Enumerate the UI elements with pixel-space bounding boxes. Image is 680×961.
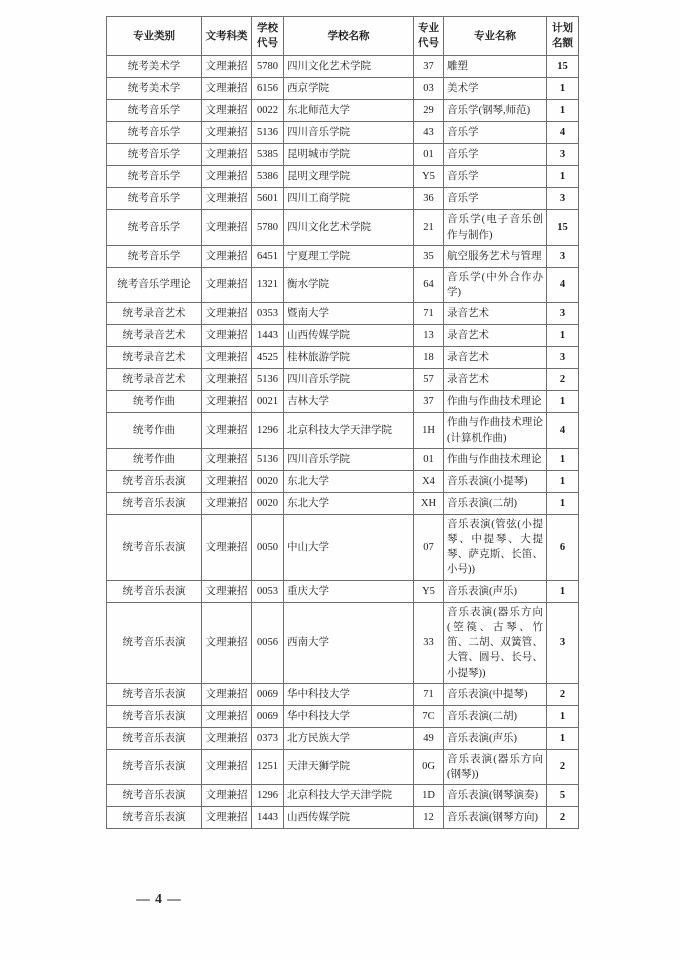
cell-major-category: 统考录音艺术 [107,303,202,325]
cell-major-category: 统考音乐学理论 [107,267,202,302]
cell-major-code: 01 [414,448,444,470]
cell-school-code: 6156 [252,78,284,100]
cell-quota: 1 [547,325,579,347]
cell-major-category: 统考作曲 [107,413,202,448]
cell-exam-subject: 文理兼招 [202,448,252,470]
cell-school-name: 四川音乐学院 [284,369,414,391]
cell-major-name: 音乐学 [444,166,547,188]
cell-major-name: 音乐表演(声乐) [444,727,547,749]
cell-quota: 2 [547,807,579,829]
table-row: 统考美术学文理兼招6156西京学院03美术学1 [107,78,579,100]
cell-quota: 3 [547,602,579,683]
cell-school-name: 四川工商学院 [284,188,414,210]
cell-school-name: 北京科技大学天津学院 [284,413,414,448]
cell-quota: 6 [547,514,579,580]
cell-quota: 1 [547,580,579,602]
table-row: 统考录音艺术文理兼招0353暨南大学71录音艺术3 [107,303,579,325]
cell-exam-subject: 文理兼招 [202,580,252,602]
table-row: 统考音乐表演文理兼招0373北方民族大学49音乐表演(声乐)1 [107,727,579,749]
cell-school-name: 山西传媒学院 [284,807,414,829]
cell-major-category: 统考作曲 [107,448,202,470]
cell-major-code: 36 [414,188,444,210]
cell-school-name: 天津天狮学院 [284,749,414,784]
cell-school-name: 东北大学 [284,492,414,514]
cell-exam-subject: 文理兼招 [202,100,252,122]
cell-major-code: XH [414,492,444,514]
cell-major-code: 07 [414,514,444,580]
table-row: 统考音乐学文理兼招5780四川文化艺术学院21音乐学(电子音乐创作与制作)15 [107,210,579,245]
admission-plan-table: 专业类别 文考科类 学校代号 学校名称 专业代号 专业名称 计划名额 统考美术学… [106,16,579,829]
table-header: 专业类别 文考科类 学校代号 学校名称 专业代号 专业名称 计划名额 [107,17,579,56]
cell-exam-subject: 文理兼招 [202,785,252,807]
cell-school-name: 中山大学 [284,514,414,580]
cell-school-code: 5385 [252,144,284,166]
cell-major-name: 录音艺术 [444,347,547,369]
cell-major-code: 64 [414,267,444,302]
cell-major-name: 音乐表演(中提琴) [444,683,547,705]
cell-school-name: 华中科技大学 [284,705,414,727]
cell-school-name: 暨南大学 [284,303,414,325]
cell-major-name: 录音艺术 [444,325,547,347]
cell-major-name: 音乐表演(二胡) [444,492,547,514]
cell-school-name: 西南大学 [284,602,414,683]
cell-school-code: 5780 [252,210,284,245]
cell-major-name: 作曲与作曲技术理论(计算机作曲) [444,413,547,448]
cell-major-name: 音乐表演(器乐方向(箜篌、古琴、竹笛、二胡、双簧管、大管、圆号、长号、小提琴)) [444,602,547,683]
cell-school-name: 华中科技大学 [284,683,414,705]
cell-major-code: Y5 [414,166,444,188]
cell-exam-subject: 文理兼招 [202,325,252,347]
cell-school-name: 北方民族大学 [284,727,414,749]
cell-school-code: 0056 [252,602,284,683]
cell-major-name: 音乐表演(小提琴) [444,470,547,492]
table-row: 统考音乐表演文理兼招0050中山大学07音乐表演(管弦(小提琴、中提琴、大提琴、… [107,514,579,580]
cell-exam-subject: 文理兼招 [202,391,252,413]
cell-major-name: 音乐表演(二胡) [444,705,547,727]
cell-major-code: 18 [414,347,444,369]
cell-exam-subject: 文理兼招 [202,705,252,727]
cell-school-code: 5386 [252,166,284,188]
cell-quota: 2 [547,683,579,705]
cell-school-code: 1251 [252,749,284,784]
cell-major-category: 统考音乐表演 [107,602,202,683]
cell-school-name: 昆明城市学院 [284,144,414,166]
cell-major-code: 33 [414,602,444,683]
cell-school-name: 吉林大学 [284,391,414,413]
table-body: 统考美术学文理兼招5780四川文化艺术学院37雕塑15统考美术学文理兼招6156… [107,56,579,829]
table-row: 统考音乐表演文理兼招1443山西传媒学院12音乐表演(钢琴方向)2 [107,807,579,829]
cell-school-code: 1443 [252,807,284,829]
cell-major-name: 音乐表演(声乐) [444,580,547,602]
cell-major-code: X4 [414,470,444,492]
cell-quota: 3 [547,144,579,166]
cell-quota: 3 [547,303,579,325]
cell-major-name: 音乐学 [444,144,547,166]
cell-major-name: 作曲与作曲技术理论 [444,448,547,470]
cell-exam-subject: 文理兼招 [202,245,252,267]
cell-school-code: 1296 [252,413,284,448]
cell-quota: 1 [547,78,579,100]
cell-major-category: 统考音乐学 [107,122,202,144]
cell-school-code: 0022 [252,100,284,122]
cell-major-code: 03 [414,78,444,100]
cell-major-code: 7C [414,705,444,727]
cell-exam-subject: 文理兼招 [202,749,252,784]
table-row: 统考作曲文理兼招1296北京科技大学天津学院1H作曲与作曲技术理论(计算机作曲)… [107,413,579,448]
table-row: 统考音乐表演文理兼招1251天津天狮学院0G音乐表演(器乐方向(钢琴))2 [107,749,579,784]
cell-quota: 1 [547,100,579,122]
cell-school-code: 1321 [252,267,284,302]
table-row: 统考录音艺术文理兼招4525桂林旅游学院18录音艺术3 [107,347,579,369]
cell-exam-subject: 文理兼招 [202,210,252,245]
table-row: 统考音乐表演文理兼招0069华中科技大学71音乐表演(中提琴)2 [107,683,579,705]
table-row: 统考音乐学文理兼招5386昆明文理学院Y5音乐学1 [107,166,579,188]
cell-major-code: 1H [414,413,444,448]
cell-exam-subject: 文理兼招 [202,166,252,188]
header-school-name: 学校名称 [284,17,414,56]
cell-major-code: 37 [414,56,444,78]
cell-quota: 5 [547,785,579,807]
cell-school-code: 6451 [252,245,284,267]
table-row: 统考音乐学理论文理兼招1321衡水学院64音乐学(中外合作办学)4 [107,267,579,302]
table-row: 统考音乐学文理兼招6451宁夏理工学院35航空服务艺术与管理3 [107,245,579,267]
cell-major-name: 录音艺术 [444,303,547,325]
table-row: 统考音乐学文理兼招5385昆明城市学院01音乐学3 [107,144,579,166]
cell-major-category: 统考音乐学 [107,188,202,210]
cell-major-category: 统考音乐表演 [107,807,202,829]
cell-major-category: 统考录音艺术 [107,325,202,347]
cell-major-category: 统考音乐表演 [107,492,202,514]
cell-exam-subject: 文理兼招 [202,267,252,302]
cell-school-code: 1443 [252,325,284,347]
cell-major-code: 57 [414,369,444,391]
cell-major-category: 统考音乐表演 [107,727,202,749]
cell-school-name: 西京学院 [284,78,414,100]
cell-major-category: 统考音乐表演 [107,683,202,705]
cell-quota: 4 [547,413,579,448]
cell-quota: 4 [547,267,579,302]
cell-school-name: 东北师范大学 [284,100,414,122]
cell-school-code: 5136 [252,448,284,470]
cell-school-name: 四川文化艺术学院 [284,210,414,245]
table-row: 统考音乐学文理兼招0022东北师范大学29音乐学(钢琴,师范)1 [107,100,579,122]
cell-school-code: 0373 [252,727,284,749]
table-row: 统考作曲文理兼招0021吉林大学37作曲与作曲技术理论1 [107,391,579,413]
cell-quota: 1 [547,492,579,514]
cell-major-name: 音乐表演(器乐方向(钢琴)) [444,749,547,784]
cell-school-code: 0069 [252,683,284,705]
cell-major-category: 统考美术学 [107,78,202,100]
header-major-code: 专业代号 [414,17,444,56]
cell-school-code: 0050 [252,514,284,580]
cell-major-code: Y5 [414,580,444,602]
header-school-code: 学校代号 [252,17,284,56]
table-row: 统考音乐表演文理兼招0053重庆大学Y5音乐表演(声乐)1 [107,580,579,602]
cell-major-code: 12 [414,807,444,829]
cell-major-category: 统考音乐表演 [107,705,202,727]
cell-school-code: 5780 [252,56,284,78]
cell-exam-subject: 文理兼招 [202,470,252,492]
cell-school-code: 0069 [252,705,284,727]
cell-school-name: 北京科技大学天津学院 [284,785,414,807]
table-row: 统考录音艺术文理兼招5136四川音乐学院57录音艺术2 [107,369,579,391]
cell-quota: 15 [547,210,579,245]
cell-major-category: 统考音乐表演 [107,785,202,807]
cell-major-category: 统考音乐表演 [107,514,202,580]
cell-quota: 1 [547,727,579,749]
cell-quota: 4 [547,122,579,144]
cell-major-category: 统考音乐表演 [107,749,202,784]
cell-major-name: 音乐表演(管弦(小提琴、中提琴、大提琴、萨克斯、长笛、小号)) [444,514,547,580]
table-row: 统考音乐表演文理兼招0069华中科技大学7C音乐表演(二胡)1 [107,705,579,727]
cell-exam-subject: 文理兼招 [202,369,252,391]
cell-major-code: 0G [414,749,444,784]
document-page: 专业类别 文考科类 学校代号 学校名称 专业代号 专业名称 计划名额 统考美术学… [0,0,680,961]
cell-major-category: 统考音乐学 [107,245,202,267]
cell-major-category: 统考录音艺术 [107,347,202,369]
cell-major-category: 统考录音艺术 [107,369,202,391]
cell-school-code: 1296 [252,785,284,807]
cell-exam-subject: 文理兼招 [202,144,252,166]
cell-major-category: 统考美术学 [107,56,202,78]
cell-major-name: 音乐学 [444,122,547,144]
table-row: 统考作曲文理兼招5136四川音乐学院01作曲与作曲技术理论1 [107,448,579,470]
cell-school-name: 桂林旅游学院 [284,347,414,369]
cell-major-name: 航空服务艺术与管理 [444,245,547,267]
cell-quota: 1 [547,448,579,470]
cell-major-name: 音乐表演(钢琴方向) [444,807,547,829]
cell-major-category: 统考音乐学 [107,166,202,188]
table-row: 统考音乐表演文理兼招0020东北大学XH音乐表演(二胡)1 [107,492,579,514]
cell-major-name: 音乐学(电子音乐创作与制作) [444,210,547,245]
table-row: 统考音乐表演文理兼招1296北京科技大学天津学院1D音乐表演(钢琴演奏)5 [107,785,579,807]
cell-school-code: 5136 [252,122,284,144]
cell-school-name: 宁夏理工学院 [284,245,414,267]
cell-school-code: 0353 [252,303,284,325]
cell-major-name: 音乐学 [444,188,547,210]
cell-exam-subject: 文理兼招 [202,188,252,210]
cell-major-category: 统考音乐学 [107,210,202,245]
cell-school-name: 东北大学 [284,470,414,492]
cell-quota: 15 [547,56,579,78]
cell-exam-subject: 文理兼招 [202,413,252,448]
cell-school-code: 4525 [252,347,284,369]
header-major-name: 专业名称 [444,17,547,56]
cell-quota: 2 [547,749,579,784]
cell-quota: 1 [547,470,579,492]
cell-major-code: 13 [414,325,444,347]
cell-school-name: 四川音乐学院 [284,448,414,470]
cell-exam-subject: 文理兼招 [202,807,252,829]
cell-quota: 2 [547,369,579,391]
cell-major-name: 美术学 [444,78,547,100]
cell-school-name: 重庆大学 [284,580,414,602]
cell-major-name: 作曲与作曲技术理论 [444,391,547,413]
cell-exam-subject: 文理兼招 [202,514,252,580]
cell-major-code: 21 [414,210,444,245]
cell-school-code: 0053 [252,580,284,602]
cell-major-code: 43 [414,122,444,144]
cell-major-category: 统考音乐表演 [107,580,202,602]
cell-quota: 3 [547,347,579,369]
cell-exam-subject: 文理兼招 [202,683,252,705]
cell-major-name: 音乐表演(钢琴演奏) [444,785,547,807]
cell-quota: 1 [547,166,579,188]
cell-school-code: 5136 [252,369,284,391]
cell-major-code: 01 [414,144,444,166]
cell-exam-subject: 文理兼招 [202,492,252,514]
table-row: 统考音乐学文理兼招5136四川音乐学院43音乐学4 [107,122,579,144]
cell-major-name: 音乐学(中外合作办学) [444,267,547,302]
cell-school-name: 四川文化艺术学院 [284,56,414,78]
header-exam-subject: 文考科类 [202,17,252,56]
cell-exam-subject: 文理兼招 [202,347,252,369]
cell-exam-subject: 文理兼招 [202,78,252,100]
cell-quota: 1 [547,391,579,413]
header-row: 专业类别 文考科类 学校代号 学校名称 专业代号 专业名称 计划名额 [107,17,579,56]
cell-major-category: 统考音乐学 [107,100,202,122]
table-row: 统考美术学文理兼招5780四川文化艺术学院37雕塑15 [107,56,579,78]
cell-major-code: 71 [414,683,444,705]
cell-school-code: 0020 [252,470,284,492]
cell-exam-subject: 文理兼招 [202,303,252,325]
table-row: 统考音乐表演文理兼招0056西南大学33音乐表演(器乐方向(箜篌、古琴、竹笛、二… [107,602,579,683]
cell-major-category: 统考作曲 [107,391,202,413]
cell-major-name: 录音艺术 [444,369,547,391]
cell-quota: 3 [547,188,579,210]
cell-major-code: 49 [414,727,444,749]
cell-major-code: 71 [414,303,444,325]
cell-major-code: 35 [414,245,444,267]
cell-major-code: 29 [414,100,444,122]
cell-school-code: 5601 [252,188,284,210]
cell-major-category: 统考音乐学 [107,144,202,166]
cell-quota: 1 [547,705,579,727]
cell-school-name: 昆明文理学院 [284,166,414,188]
cell-school-code: 0021 [252,391,284,413]
header-quota: 计划名额 [547,17,579,56]
cell-major-name: 雕塑 [444,56,547,78]
cell-exam-subject: 文理兼招 [202,602,252,683]
table-row: 统考录音艺术文理兼招1443山西传媒学院13录音艺术1 [107,325,579,347]
page-number: — 4 — [124,891,194,907]
cell-school-name: 衡水学院 [284,267,414,302]
cell-school-name: 山西传媒学院 [284,325,414,347]
table-row: 统考音乐学文理兼招5601四川工商学院36音乐学3 [107,188,579,210]
cell-quota: 3 [547,245,579,267]
cell-school-code: 0020 [252,492,284,514]
cell-school-name: 四川音乐学院 [284,122,414,144]
cell-major-code: 37 [414,391,444,413]
cell-exam-subject: 文理兼招 [202,727,252,749]
cell-exam-subject: 文理兼招 [202,56,252,78]
cell-exam-subject: 文理兼招 [202,122,252,144]
cell-major-category: 统考音乐表演 [107,470,202,492]
table-row: 统考音乐表演文理兼招0020东北大学X4音乐表演(小提琴)1 [107,470,579,492]
cell-major-code: 1D [414,785,444,807]
header-major-category: 专业类别 [107,17,202,56]
cell-major-name: 音乐学(钢琴,师范) [444,100,547,122]
